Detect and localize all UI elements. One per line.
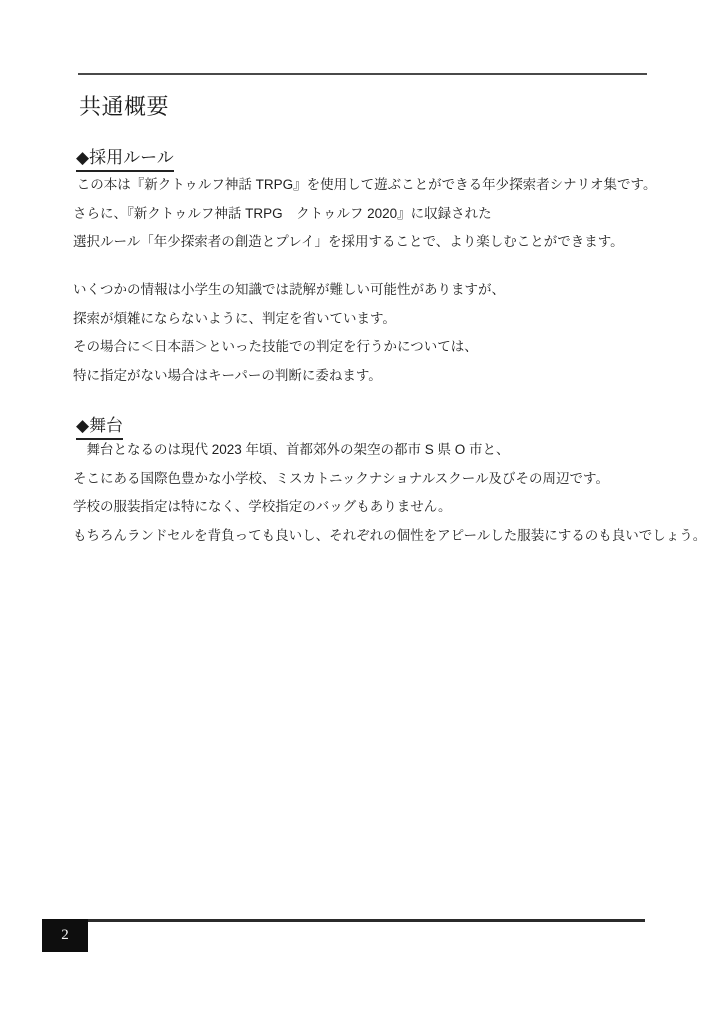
body-line: さらに、『新クトゥルフ神話 TRPG クトゥルフ 2020』に収録された [73, 200, 673, 229]
body-line: 学校の服装指定は特になく、学校指定のバッグもありません。 [73, 493, 673, 522]
paragraph-stage-1: 舞台となるのは現代 2023 年頃、首都郊外の架空の都市 S 県 O 市と、 そ… [73, 436, 673, 550]
body-line: この本は『新クトゥルフ神話 TRPG』を使用して遊ぶことができる年少探索者シナリ… [73, 171, 673, 200]
section-heading-adoption-rules: ◆採用ルール [76, 143, 174, 172]
body-line: その場合に＜日本語＞といった技能での判定を行うかについては、 [73, 333, 673, 362]
body-line: 特に指定がない場合はキーパーの判断に委ねます。 [73, 362, 673, 391]
body-line: 探索が煩雑にならないように、判定を省いています。 [73, 305, 673, 334]
page-number-box: 2 [42, 919, 88, 952]
header-rule [78, 73, 647, 75]
footer-rule [42, 919, 645, 922]
paragraph-adoption-rules-2: いくつかの情報は小学生の知識では読解が難しい可能性がありますが、 探索が煩雑にな… [73, 276, 673, 390]
body-line: 選択ルール「年少探索者の創造とプレイ」を採用することで、より楽しむことができます… [73, 228, 673, 257]
body-line: いくつかの情報は小学生の知識では読解が難しい可能性がありますが、 [73, 276, 673, 305]
document-page: 共通概要 ◆採用ルール この本は『新クトゥルフ神話 TRPG』を使用して遊ぶこと… [0, 0, 725, 1024]
page-number: 2 [61, 927, 69, 944]
page-title: 共通概要 [79, 90, 169, 121]
body-line: 舞台となるのは現代 2023 年頃、首都郊外の架空の都市 S 県 O 市と、 [73, 436, 673, 465]
body-line: そこにある国際色豊かな小学校、ミスカトニックナショナルスクール及びその周辺です。 [73, 465, 673, 494]
body-line: もちろんランドセルを背負っても良いし、それぞれの個性をアピールした服装にするのも… [73, 522, 673, 551]
paragraph-adoption-rules-1: この本は『新クトゥルフ神話 TRPG』を使用して遊ぶことができる年少探索者シナリ… [73, 171, 673, 257]
